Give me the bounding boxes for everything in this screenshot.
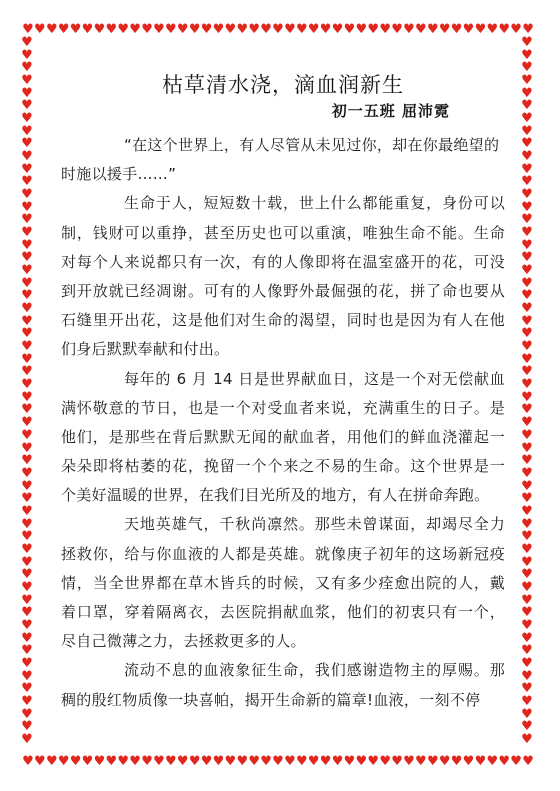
heart-icon: ♥ xyxy=(21,633,33,645)
text-line: 天地英雄气，千秋尚凛然。那些未曾谋面，却竭尽全力去 xyxy=(61,510,505,539)
heart-icon: ♥ xyxy=(521,481,533,493)
text-line: “在这个世界上，有人尽管从未见过你，却在你最绝望的 xyxy=(61,131,505,160)
heart-icon: ♥ xyxy=(343,24,355,36)
heart-icon: ♥ xyxy=(21,50,33,62)
heart-icon: ♥ xyxy=(439,24,451,36)
heart-icon: ♥ xyxy=(21,290,33,302)
heart-icon: ♥ xyxy=(510,24,522,36)
heart-icon: ♥ xyxy=(332,756,344,768)
heart-icon: ♥ xyxy=(22,24,34,36)
heart-icon: ♥ xyxy=(498,24,510,36)
heart-icon: ♥ xyxy=(521,265,533,277)
heart-icon: ♥ xyxy=(21,278,33,290)
heart-icon: ♥ xyxy=(521,544,533,556)
heart-icon: ♥ xyxy=(521,519,533,531)
heart-icon: ♥ xyxy=(521,379,533,391)
paragraph: 流动不息的血液象征生命，我们感谢造物主的厚赐。那粘稠的殷红物质像一块喜帕，揭开生… xyxy=(61,656,505,714)
heart-icon: ♥ xyxy=(21,417,33,429)
heart-icon: ♥ xyxy=(521,645,533,657)
heart-icon: ♥ xyxy=(521,620,533,632)
heart-icon: ♥ xyxy=(486,24,498,36)
heart-icon: ♥ xyxy=(521,531,533,543)
heart-icon: ♥ xyxy=(521,595,533,607)
heart-icon: ♥ xyxy=(521,658,533,670)
text-line: 个美好温暖的世界，在我们目光所及的地方，有人在拼命奔跑。 xyxy=(61,481,505,510)
heart-icon: ♥ xyxy=(177,24,189,36)
byline: 初一五班 屈沛霓 xyxy=(61,100,450,121)
heart-icon: ♥ xyxy=(21,455,33,467)
heart-icon: ♥ xyxy=(21,176,33,188)
heart-icon: ♥ xyxy=(521,404,533,416)
text-line: 对每个人来说都只有一次，有的人像即将在温室盛开的花，可没 xyxy=(61,248,505,277)
document-page: ♥♥♥♥♥♥♥♥♥♥♥♥♥♥♥♥♥♥♥♥♥♥♥♥♥♥♥♥♥♥♥♥♥♥♥♥♥♥♥♥… xyxy=(0,0,560,791)
heart-icon: ♥ xyxy=(391,756,403,768)
heart-icon: ♥ xyxy=(486,756,498,768)
heart-icon: ♥ xyxy=(189,24,201,36)
heart-icon: ♥ xyxy=(21,531,33,543)
heart-icon: ♥ xyxy=(21,569,33,581)
heart-icon: ♥ xyxy=(21,265,33,277)
text-line: 满怀敬意的节日，也是一个对受血者来说，充满重生的日子。是 xyxy=(61,394,505,423)
heart-icon: ♥ xyxy=(141,756,153,768)
heart-icon: ♥ xyxy=(21,506,33,518)
heart-icon: ♥ xyxy=(463,756,475,768)
heart-icon: ♥ xyxy=(427,756,439,768)
heart-icon: ♥ xyxy=(521,151,533,163)
heart-border-right: ♥♥♥♥♥♥♥♥♥♥♥♥♥♥♥♥♥♥♥♥♥♥♥♥♥♥♥♥♥♥♥♥♥♥♥♥♥♥♥♥… xyxy=(521,37,533,746)
text-line: 们身后默默奉献和付出。 xyxy=(61,335,505,364)
heart-icon: ♥ xyxy=(415,24,427,36)
heart-icon: ♥ xyxy=(521,455,533,467)
text-line: 到开放就已经凋谢。可有的人像野外最倔强的花，拼了命也要从 xyxy=(61,277,505,306)
document-title: 枯草清水浇，滴血润新生 xyxy=(61,69,505,99)
heart-icon: ♥ xyxy=(21,493,33,505)
heart-icon: ♥ xyxy=(521,468,533,480)
heart-icon: ♥ xyxy=(521,164,533,176)
heart-icon: ♥ xyxy=(34,24,46,36)
heart-icon: ♥ xyxy=(521,366,533,378)
heart-icon: ♥ xyxy=(21,341,33,353)
heart-icon: ♥ xyxy=(201,756,213,768)
heart-icon: ♥ xyxy=(21,392,33,404)
heart-icon: ♥ xyxy=(21,202,33,214)
heart-icon: ♥ xyxy=(21,328,33,340)
heart-icon: ♥ xyxy=(21,582,33,594)
heart-icon: ♥ xyxy=(284,24,296,36)
heart-icon: ♥ xyxy=(521,683,533,695)
heart-icon: ♥ xyxy=(308,24,320,36)
heart-icon: ♥ xyxy=(153,24,165,36)
heart-icon: ♥ xyxy=(522,24,534,36)
paragraph: 生命于人，短短数十载，世上什么都能重复，身份可以炮制，钱财可以重挣，甚至历史也可… xyxy=(61,189,505,364)
heart-icon: ♥ xyxy=(463,24,475,36)
heart-icon: ♥ xyxy=(521,443,533,455)
heart-icon: ♥ xyxy=(521,721,533,733)
heart-icon: ♥ xyxy=(521,734,533,746)
heart-icon: ♥ xyxy=(21,607,33,619)
heart-icon: ♥ xyxy=(415,756,427,768)
heart-icon: ♥ xyxy=(521,227,533,239)
heart-icon: ♥ xyxy=(521,176,533,188)
heart-icon: ♥ xyxy=(308,756,320,768)
heart-icon: ♥ xyxy=(521,113,533,125)
heart-icon: ♥ xyxy=(260,756,272,768)
heart-icon: ♥ xyxy=(403,24,415,36)
heart-icon: ♥ xyxy=(521,569,533,581)
heart-icon: ♥ xyxy=(521,50,533,62)
heart-icon: ♥ xyxy=(224,24,236,36)
heart-icon: ♥ xyxy=(201,24,213,36)
heart-icon: ♥ xyxy=(82,24,94,36)
heart-icon: ♥ xyxy=(498,756,510,768)
heart-icon: ♥ xyxy=(521,430,533,442)
heart-icon: ♥ xyxy=(21,138,33,150)
heart-icon: ♥ xyxy=(21,62,33,74)
heart-icon: ♥ xyxy=(272,756,284,768)
heart-icon: ♥ xyxy=(105,24,117,36)
heart-icon: ♥ xyxy=(21,240,33,252)
heart-icon: ♥ xyxy=(355,24,367,36)
heart-border-bottom: ♥♥♥♥♥♥♥♥♥♥♥♥♥♥♥♥♥♥♥♥♥♥♥♥♥♥♥♥♥♥♥♥♥♥♥♥♥♥♥♥… xyxy=(22,756,534,768)
heart-icon: ♥ xyxy=(521,696,533,708)
paragraph: 天地英雄气，千秋尚凛然。那些未曾谋面，却竭尽全力去拯救你，给与你血液的人都是英雄… xyxy=(61,510,505,656)
heart-icon: ♥ xyxy=(521,75,533,87)
heart-icon: ♥ xyxy=(21,481,33,493)
heart-icon: ♥ xyxy=(474,756,486,768)
heart-border-top: ♥♥♥♥♥♥♥♥♥♥♥♥♥♥♥♥♥♥♥♥♥♥♥♥♥♥♥♥♥♥♥♥♥♥♥♥♥♥♥♥… xyxy=(22,24,534,36)
paragraph: 每年的 6 月 14 日是世界献血日，这是一个对无偿献血者满怀敬意的节日，也是一… xyxy=(61,365,505,511)
heart-icon: ♥ xyxy=(521,214,533,226)
heart-icon: ♥ xyxy=(46,24,58,36)
heart-icon: ♥ xyxy=(21,595,33,607)
heart-icon: ♥ xyxy=(379,756,391,768)
text-line: 拯救你，给与你血液的人都是英雄。就像庚子初年的这场新冠疫 xyxy=(61,540,505,569)
text-line: 尽自己微薄之力，去拯救更多的人。 xyxy=(61,627,505,656)
heart-icon: ♥ xyxy=(117,756,129,768)
heart-icon: ♥ xyxy=(521,493,533,505)
heart-icon: ♥ xyxy=(236,756,248,768)
heart-icon: ♥ xyxy=(165,756,177,768)
heart-icon: ♥ xyxy=(70,24,82,36)
heart-icon: ♥ xyxy=(21,519,33,531)
heart-icon: ♥ xyxy=(367,756,379,768)
heart-icon: ♥ xyxy=(105,756,117,768)
heart-icon: ♥ xyxy=(21,620,33,632)
heart-icon: ♥ xyxy=(21,113,33,125)
heart-icon: ♥ xyxy=(21,696,33,708)
heart-icon: ♥ xyxy=(236,24,248,36)
heart-icon: ♥ xyxy=(521,37,533,49)
heart-icon: ♥ xyxy=(320,24,332,36)
heart-icon: ♥ xyxy=(391,24,403,36)
heart-icon: ♥ xyxy=(521,557,533,569)
heart-icon: ♥ xyxy=(379,24,391,36)
heart-icon: ♥ xyxy=(224,756,236,768)
heart-icon: ♥ xyxy=(34,756,46,768)
heart-icon: ♥ xyxy=(521,290,533,302)
heart-icon: ♥ xyxy=(46,756,58,768)
heart-icon: ♥ xyxy=(521,354,533,366)
text-line: 他们，是那些在背后默默无闻的献血者，用他们的鲜血浇灌起一 xyxy=(61,423,505,452)
heart-icon: ♥ xyxy=(522,756,534,768)
heart-icon: ♥ xyxy=(439,756,451,768)
text-line: 生命于人，短短数十载，世上什么都能重复，身份可以炮 xyxy=(61,189,505,218)
text-line: 稠的殷红物质像一块喜帕，揭开生命新的篇章!血液，一刻不停 xyxy=(61,686,505,715)
heart-icon: ♥ xyxy=(451,756,463,768)
heart-icon: ♥ xyxy=(296,756,308,768)
text-line: 着口罩，穿着隔离衣，去医院捐献血浆，他们的初衷只有一个， xyxy=(61,598,505,627)
heart-icon: ♥ xyxy=(510,756,522,768)
heart-icon: ♥ xyxy=(521,252,533,264)
heart-icon: ♥ xyxy=(21,544,33,556)
heart-icon: ♥ xyxy=(21,734,33,746)
heart-icon: ♥ xyxy=(521,709,533,721)
heart-icon: ♥ xyxy=(21,366,33,378)
heart-icon: ♥ xyxy=(213,756,225,768)
heart-icon: ♥ xyxy=(21,430,33,442)
heart-icon: ♥ xyxy=(58,24,70,36)
heart-icon: ♥ xyxy=(332,24,344,36)
heart-icon: ♥ xyxy=(21,303,33,315)
heart-icon: ♥ xyxy=(21,683,33,695)
heart-icon: ♥ xyxy=(248,756,260,768)
body-text: “在这个世界上，有人尽管从未见过你，却在你最绝望的时施以援手……”生命于人，短短… xyxy=(61,131,505,715)
heart-icon: ♥ xyxy=(70,756,82,768)
heart-icon: ♥ xyxy=(427,24,439,36)
heart-icon: ♥ xyxy=(129,24,141,36)
heart-icon: ♥ xyxy=(58,756,70,768)
heart-icon: ♥ xyxy=(521,417,533,429)
heart-icon: ♥ xyxy=(22,756,34,768)
heart-icon: ♥ xyxy=(521,506,533,518)
heart-icon: ♥ xyxy=(451,24,463,36)
text-line: 朵朵即将枯萎的花，挽留一个个来之不易的生命。这个世界是一 xyxy=(61,452,505,481)
heart-icon: ♥ xyxy=(213,24,225,36)
heart-icon: ♥ xyxy=(355,756,367,768)
text-line: 每年的 6 月 14 日是世界献血日，这是一个对无偿献血者 xyxy=(61,365,505,394)
heart-icon: ♥ xyxy=(141,24,153,36)
heart-icon: ♥ xyxy=(521,100,533,112)
heart-icon: ♥ xyxy=(21,443,33,455)
heart-icon: ♥ xyxy=(521,240,533,252)
heart-icon: ♥ xyxy=(21,721,33,733)
heart-icon: ♥ xyxy=(21,316,33,328)
heart-icon: ♥ xyxy=(153,756,165,768)
heart-icon: ♥ xyxy=(403,756,415,768)
heart-icon: ♥ xyxy=(260,24,272,36)
heart-icon: ♥ xyxy=(320,756,332,768)
heart-icon: ♥ xyxy=(521,392,533,404)
heart-icon: ♥ xyxy=(521,202,533,214)
heart-icon: ♥ xyxy=(117,24,129,36)
heart-icon: ♥ xyxy=(93,24,105,36)
text-line: 石缝里开出花，这是他们对生命的渴望，同时也是因为有人在他 xyxy=(61,306,505,335)
heart-icon: ♥ xyxy=(21,557,33,569)
heart-icon: ♥ xyxy=(474,24,486,36)
heart-icon: ♥ xyxy=(21,671,33,683)
heart-icon: ♥ xyxy=(521,189,533,201)
heart-icon: ♥ xyxy=(93,756,105,768)
heart-icon: ♥ xyxy=(521,341,533,353)
heart-icon: ♥ xyxy=(248,24,260,36)
heart-icon: ♥ xyxy=(296,24,308,36)
heart-icon: ♥ xyxy=(521,671,533,683)
heart-icon: ♥ xyxy=(21,227,33,239)
heart-icon: ♥ xyxy=(521,138,533,150)
heart-icon: ♥ xyxy=(21,404,33,416)
heart-icon: ♥ xyxy=(272,24,284,36)
heart-icon: ♥ xyxy=(21,126,33,138)
heart-icon: ♥ xyxy=(82,756,94,768)
heart-icon: ♥ xyxy=(521,278,533,290)
heart-icon: ♥ xyxy=(521,316,533,328)
heart-icon: ♥ xyxy=(21,189,33,201)
text-line: 情，当全世界都在草木皆兵的时候，又有多少痊愈出院的人，戴 xyxy=(61,569,505,598)
heart-icon: ♥ xyxy=(21,379,33,391)
heart-icon: ♥ xyxy=(521,88,533,100)
paragraph: “在这个世界上，有人尽管从未见过你，却在你最绝望的时施以援手……” xyxy=(61,131,505,189)
heart-icon: ♥ xyxy=(521,303,533,315)
heart-icon: ♥ xyxy=(367,24,379,36)
heart-icon: ♥ xyxy=(177,756,189,768)
heart-icon: ♥ xyxy=(21,151,33,163)
heart-icon: ♥ xyxy=(21,354,33,366)
text-line: 流动不息的血液象征生命，我们感谢造物主的厚赐。那粘 xyxy=(61,656,505,685)
heart-icon: ♥ xyxy=(21,88,33,100)
heart-icon: ♥ xyxy=(21,37,33,49)
heart-icon: ♥ xyxy=(189,756,201,768)
heart-border-left: ♥♥♥♥♥♥♥♥♥♥♥♥♥♥♥♥♥♥♥♥♥♥♥♥♥♥♥♥♥♥♥♥♥♥♥♥♥♥♥♥… xyxy=(21,37,33,746)
text-line: 时施以援手……” xyxy=(61,160,505,189)
heart-icon: ♥ xyxy=(521,328,533,340)
heart-icon: ♥ xyxy=(521,126,533,138)
heart-icon: ♥ xyxy=(521,607,533,619)
heart-icon: ♥ xyxy=(343,756,355,768)
heart-icon: ♥ xyxy=(521,62,533,74)
heart-icon: ♥ xyxy=(21,75,33,87)
heart-icon: ♥ xyxy=(21,252,33,264)
heart-icon: ♥ xyxy=(21,164,33,176)
text-line: 制，钱财可以重挣，甚至历史也可以重演，唯独生命不能。生命 xyxy=(61,219,505,248)
heart-icon: ♥ xyxy=(21,468,33,480)
heart-icon: ♥ xyxy=(21,100,33,112)
heart-icon: ♥ xyxy=(521,582,533,594)
heart-icon: ♥ xyxy=(129,756,141,768)
heart-icon: ♥ xyxy=(21,709,33,721)
heart-icon: ♥ xyxy=(21,214,33,226)
heart-icon: ♥ xyxy=(165,24,177,36)
heart-icon: ♥ xyxy=(284,756,296,768)
heart-icon: ♥ xyxy=(21,658,33,670)
heart-icon: ♥ xyxy=(521,633,533,645)
heart-icon: ♥ xyxy=(21,645,33,657)
